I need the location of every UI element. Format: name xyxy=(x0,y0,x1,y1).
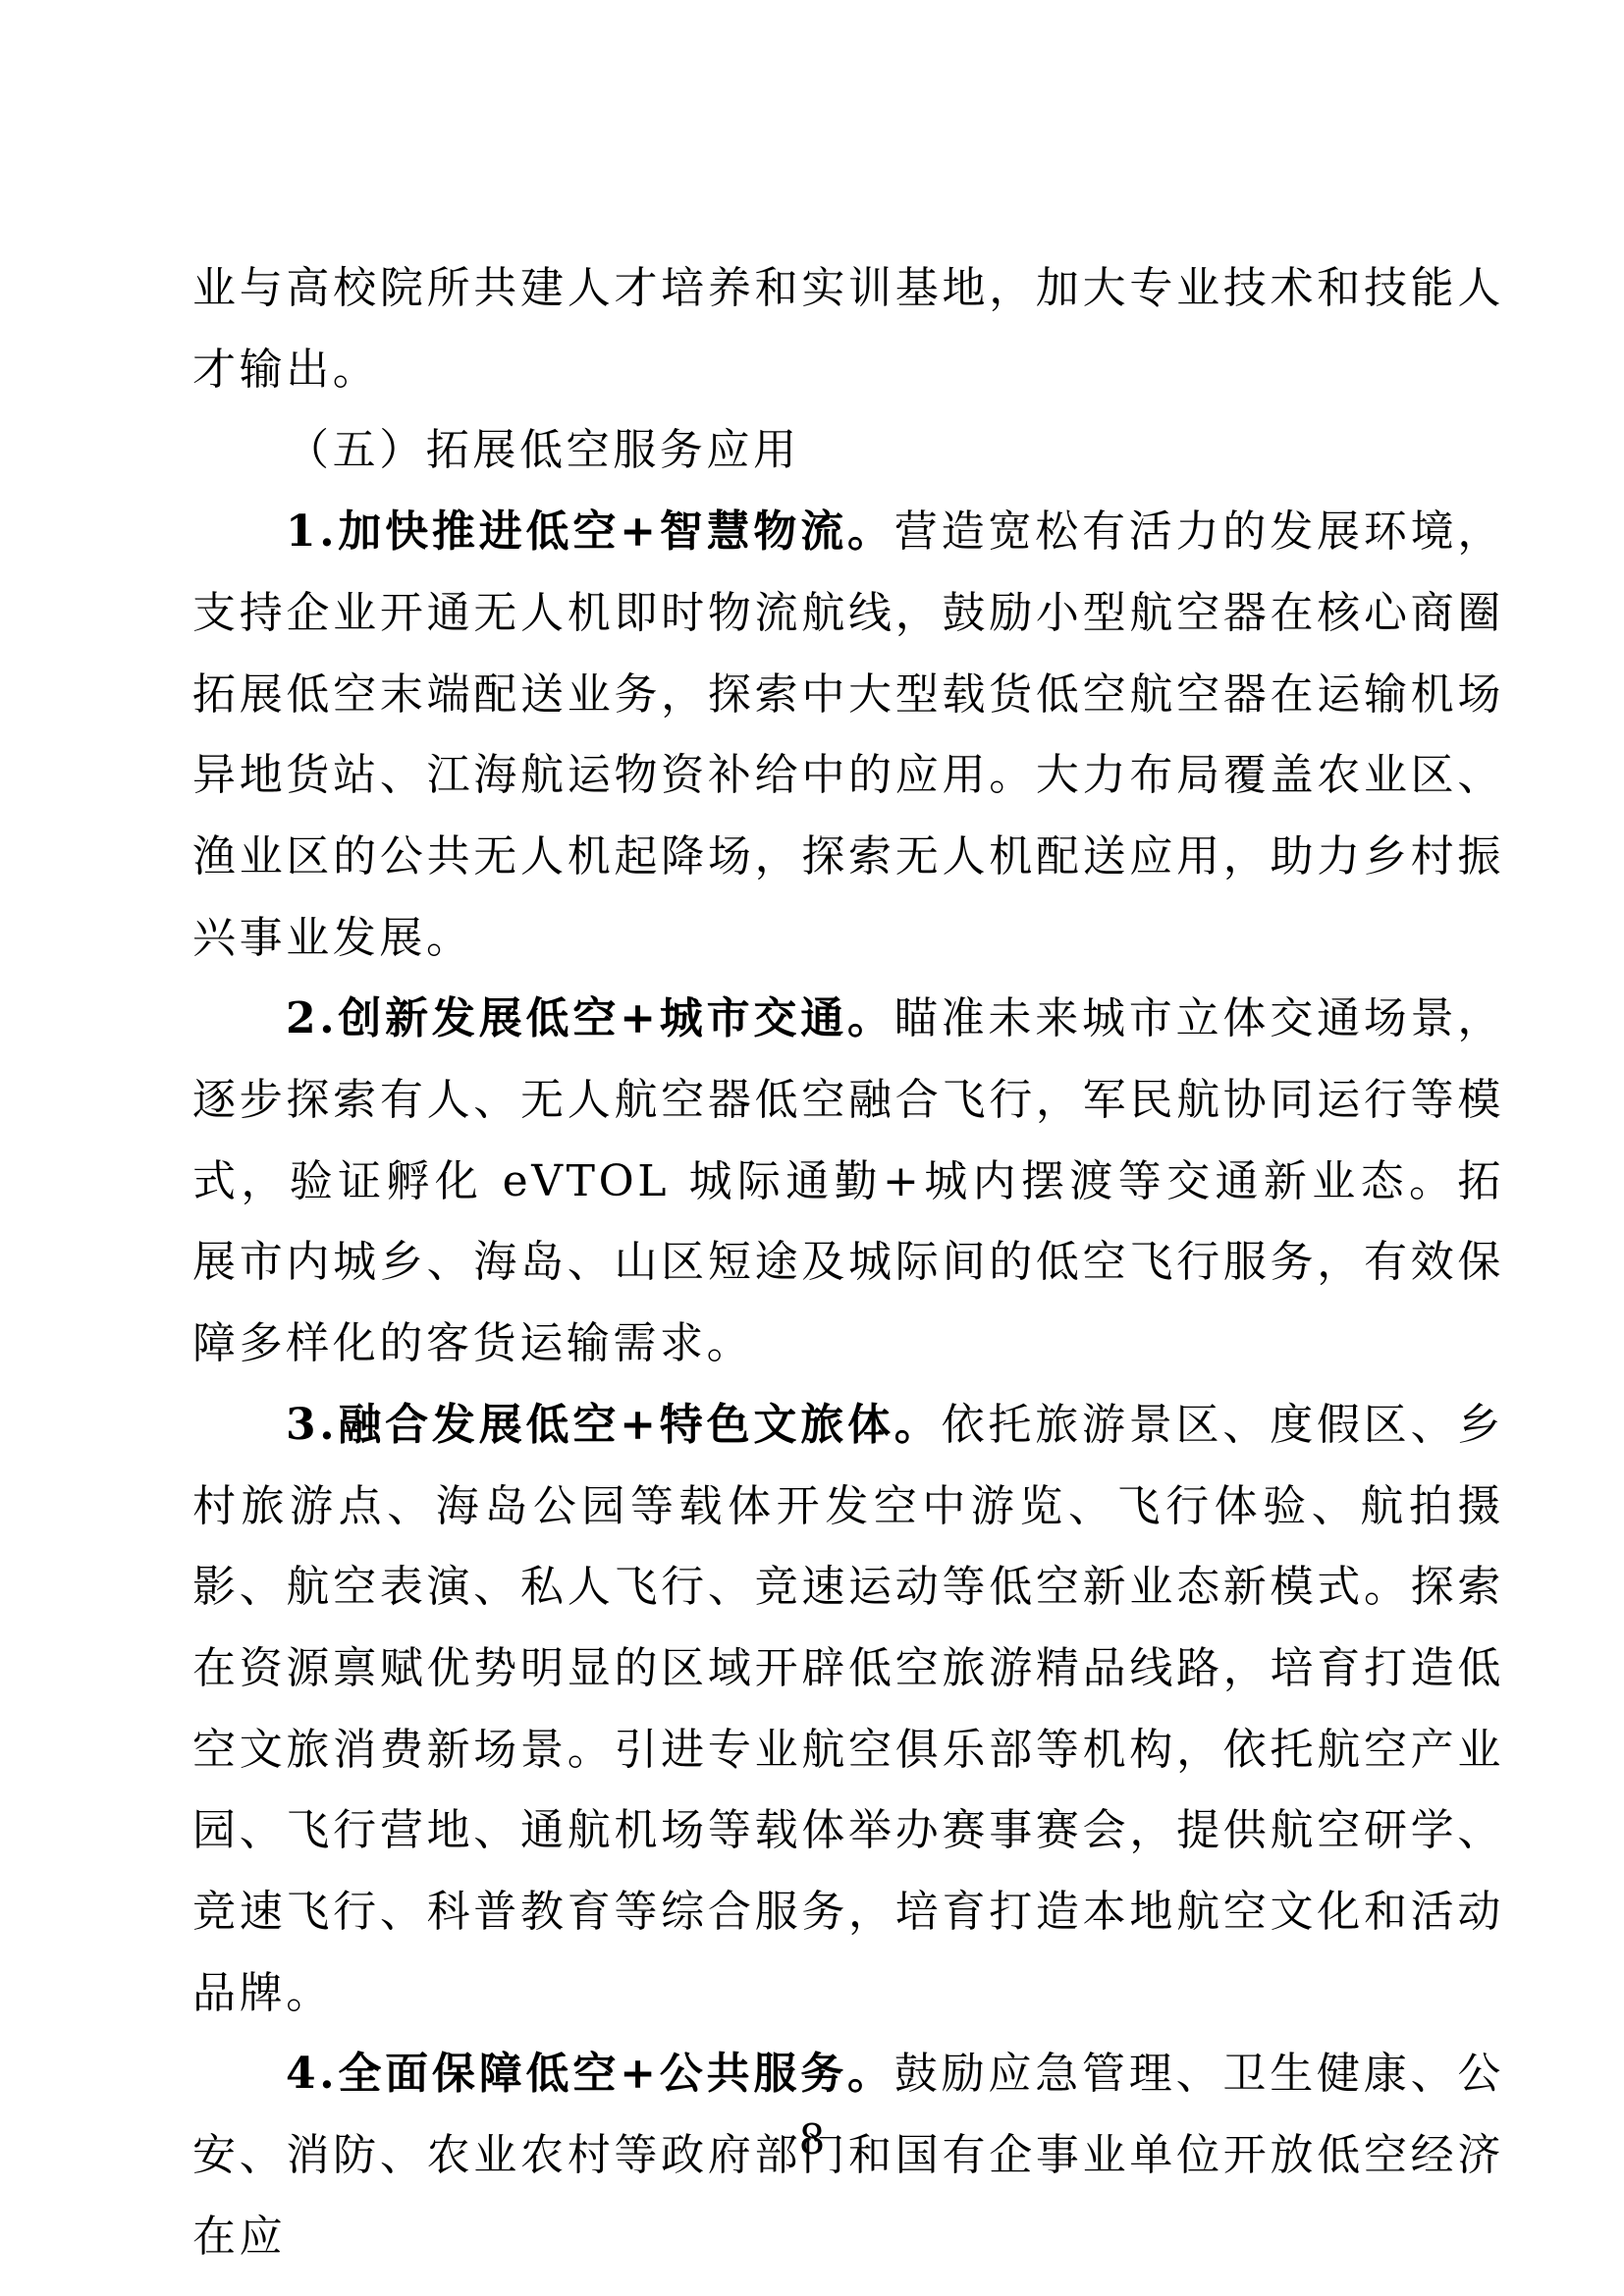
document-page: 业与高校院所共建人才培养和实训基地，加大专业技术和技能人才输出。（五）拓展低空服… xyxy=(0,0,1624,2296)
paragraph-numbered-item: 1.加快推进低空+智慧物流。营造宽松有活力的发展环境，支持企业开通无人机即时物流… xyxy=(192,492,1504,979)
item-title-run: 1.加快推进低空+智慧物流。 xyxy=(286,507,894,557)
item-title-run: 4.全面保障低空+公共服务。 xyxy=(286,2049,894,2099)
text-run: 业与高校院所共建人才培养和实训基地，加大专业技术和技能人才输出。 xyxy=(192,263,1504,395)
paragraph-body-continuation: 业与高校院所共建人才培养和实训基地，加大专业技术和技能人才输出。 xyxy=(192,248,1504,410)
item-title-run: 3.融合发展低空+特色文旅体。 xyxy=(286,1400,942,1450)
page-number: 8 xyxy=(799,2115,826,2163)
section-heading-run: （五）拓展低空服务应用 xyxy=(286,425,800,475)
text-run: 营造宽松有活力的发展环境，支持企业开通无人机即时物流航线，鼓励小型航空器在核心商… xyxy=(192,507,1504,963)
paragraph-numbered-item: 2.创新发展低空+城市交通。瞄准未来城市立体交通场景，逐步探索有人、无人航空器低… xyxy=(192,979,1504,1385)
text-run: 瞄准未来城市立体交通场景，逐步探索有人、无人航空器低空融合飞行，军民航协同运行等… xyxy=(192,993,1504,1368)
paragraph-section-heading: （五）拓展低空服务应用 xyxy=(192,410,1504,492)
document-body: 业与高校院所共建人才培养和实训基地，加大专业技术和技能人才输出。（五）拓展低空服… xyxy=(192,0,1504,2278)
page-footer: 8 xyxy=(0,2116,1624,2163)
paragraph-numbered-item: 3.融合发展低空+特色文旅体。依托旅游景区、度假区、乡村旅游点、海岛公园等载体开… xyxy=(192,1385,1504,2035)
text-run: 依托旅游景区、度假区、乡村旅游点、海岛公园等载体开发空中游览、飞行体验、航拍摄影… xyxy=(192,1400,1504,2018)
item-title-run: 2.创新发展低空+城市交通。 xyxy=(286,993,894,1043)
